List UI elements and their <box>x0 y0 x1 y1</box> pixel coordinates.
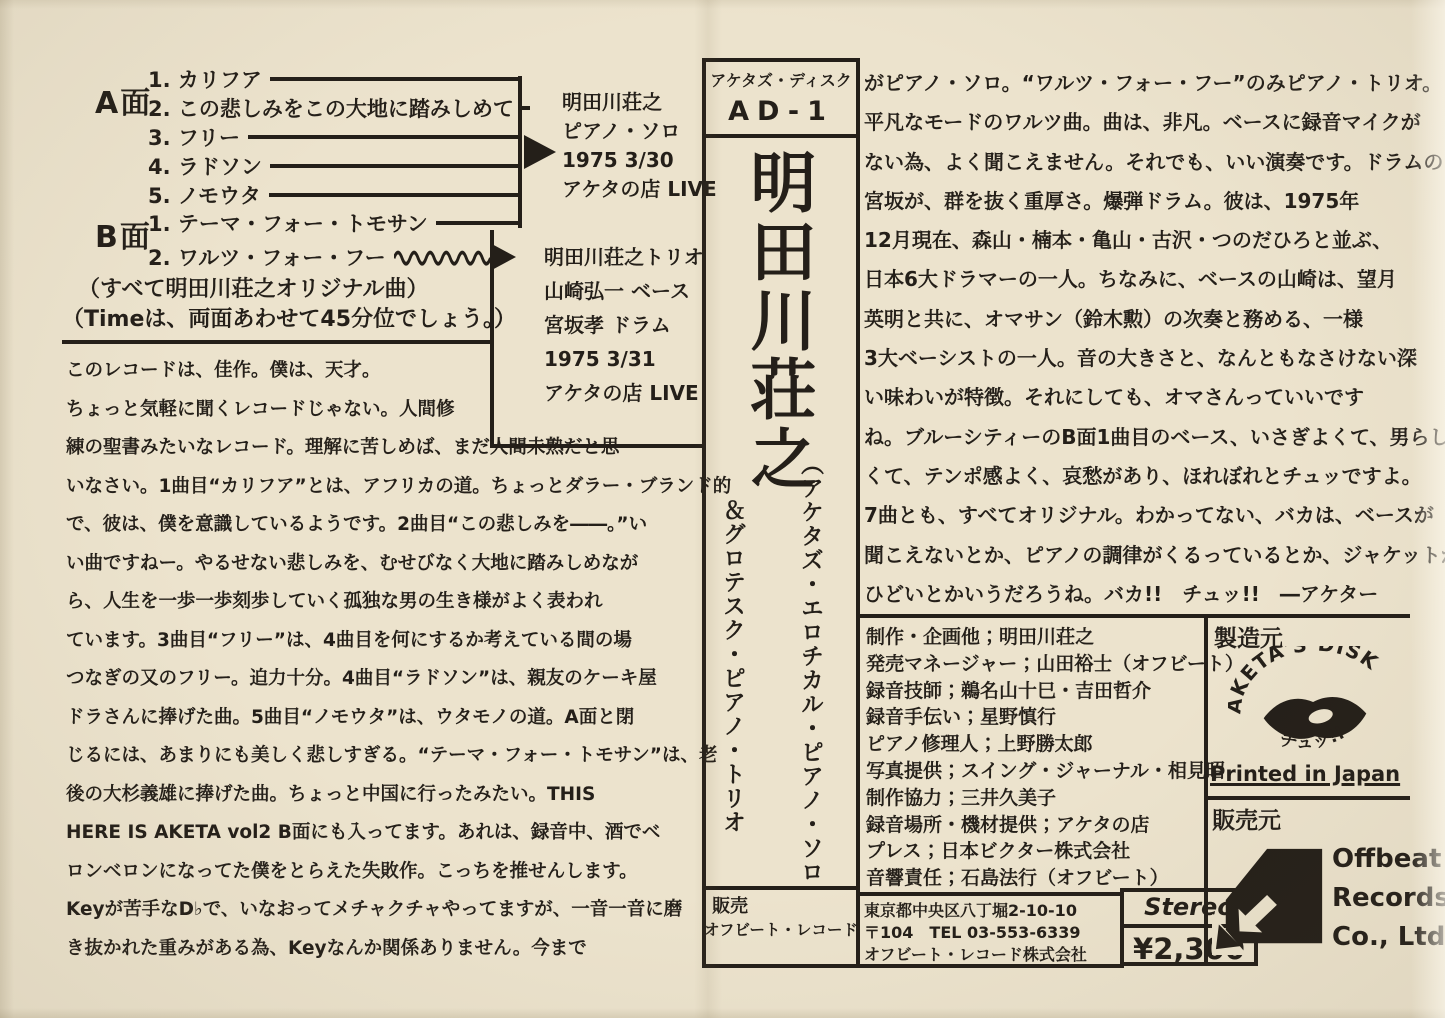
address-top-line <box>856 892 1124 896</box>
side-b-track-2-row: 2. ワルツ・フォー・フー <box>148 242 516 271</box>
address-line: 〒104 TEL 03-553-6339 <box>864 922 1087 944</box>
credit-line: 録音手伝い；星野慎行 <box>866 704 1244 731</box>
address-line: オフビート・レコード株式会社 <box>864 944 1087 966</box>
side-a-track-list: 1. カリフア 2. この悲しみをこの大地に踏みしめて 3. フリー 4. ラド… <box>148 64 522 209</box>
track-title: 3. フリー <box>148 122 248 152</box>
side-b-track-1-row: 1. テーマ・フォー・トモサン <box>148 208 522 237</box>
review-line: HERE IS AKETA vol2 B面にも入ってます。あれは、録音中、酒でベ <box>66 814 731 853</box>
credit-line: 録音技師；鵜名山十巳・吉田哲介 <box>866 678 1244 705</box>
catalog-number: AD-1 <box>706 96 856 127</box>
review-line: 聞こえないとか、ピアノの調律がくるっているとか、ジャケットが <box>864 536 1445 575</box>
track-connector-line <box>270 164 522 168</box>
credit-line: 録音場所・機材提供；アケタの店 <box>866 812 1244 839</box>
time-note: （Timeは、両面あわせて45分位でしょう。） <box>62 302 516 333</box>
album-subtitle-trio: ＆グロテスク・ピアノ・トリオ <box>716 498 749 834</box>
track-title: 5. ノモウタ <box>148 180 269 210</box>
sales-box-top-line <box>702 886 860 890</box>
review-line: Keyが苦手なD♭で、いなおってメチャクチャやってますが、一音一音に磨 <box>66 891 731 930</box>
track-title: 4. ラドソン <box>148 151 270 181</box>
track-row: 1. カリフア <box>148 64 522 93</box>
distributor-name-line: Records <box>1332 879 1445 918</box>
review-line: で、彼は、僕を意識しているようです。2曲目“この悲しみを――。”い <box>66 506 731 545</box>
side-a-label: A面 <box>95 78 152 122</box>
credits-top-line <box>856 614 1410 618</box>
distributor-name-line: Offbeat <box>1332 840 1445 879</box>
review-line: いなさい。1曲目“カリフア”とは、アフリカの道。ちょっとダラー・ブランド的 <box>66 468 731 507</box>
track-row: 2. この悲しみをこの大地に踏みしめて <box>148 93 522 122</box>
review-text-left: このレコードは、佳作。僕は、天才。ちょっと気軽に聞くレコードじゃない。人間修練の… <box>66 352 731 968</box>
solo-credit-line: アケタの店 LIVE <box>562 175 717 204</box>
side-b-label: B面 <box>95 212 152 256</box>
review-line: 3大ベーシストの一人。音の大きさと、なんともなさけない深 <box>864 339 1445 378</box>
review-line: 7曲とも、すべてオリジナル。わかってない、バカは、ベースが <box>864 496 1445 535</box>
review-line: 宮坂が、群を抜く重厚さ。爆弾ドラム。彼は、1975年 <box>864 182 1445 221</box>
credit-line: 写真提供；スイング・ジャーナル・相見昭 <box>866 758 1244 785</box>
catalog-box-bottom-line <box>702 134 860 138</box>
trio-credit-line: 明田川荘之トリオ <box>544 240 704 274</box>
track-connector-line <box>248 135 522 139</box>
review-line: ドラさんに捧げた曲。5曲目“ノモウタ”は、ウタモノの道。A面と閉 <box>66 699 731 738</box>
center-column-right-line <box>856 58 860 968</box>
review-line: くて、テンポ感よく、哀愁があり、ほれぼれとチュッですよ。 <box>864 457 1445 496</box>
track-title: 1. テーマ・フォー・トモサン <box>148 208 436 238</box>
track-title: 2. ワルツ・フォー・フー <box>148 242 394 272</box>
distributor-name-line: Co., Ltd. <box>1332 918 1445 957</box>
review-line: がピアノ・ソロ。“ワルツ・フォー・フー”のみピアノ・トリオ。 <box>864 64 1445 103</box>
track-row: 5. ノモウタ <box>148 180 522 209</box>
liner-notes-sheet: A面 1. カリフア 2. この悲しみをこの大地に踏みしめて 3. フリー 4.… <box>0 0 1445 1018</box>
credit-line: 制作協力；三井久美子 <box>866 785 1244 812</box>
review-line: ね。ブルーシティーのB面1曲目のベース、いさぎよくて、男らし <box>864 418 1445 457</box>
credit-line: ピアノ修理人；上野勝太郎 <box>866 731 1244 758</box>
track-row: 3. フリー <box>148 122 522 151</box>
review-line: 英明と共に、オマサン（鈴木勲）の次奏と務める、一様 <box>864 300 1445 339</box>
sales-box-bottom-line <box>702 964 860 968</box>
review-line: つなぎの又のフリー。迫力十分。4曲目“ラドソン”は、親友のケーキ屋 <box>66 660 731 699</box>
track-connector-line <box>270 77 522 81</box>
solo-arrow-icon <box>524 135 556 169</box>
distributor-name: OffbeatRecordsCo., Ltd. <box>1332 840 1445 957</box>
distributor-label: 販売元 <box>1212 802 1281 835</box>
review-line: き抜かれた重みがある為、Keyなんか関係ありません。今まで <box>66 930 731 969</box>
review-line: このレコードは、佳作。僕は、天才。 <box>66 352 731 391</box>
catalog-series: アケタズ・ディスク <box>706 68 856 91</box>
review-line: じるには、あまりにも美しく悲しすぎる。“テーマ・フォー・トモサン”は、老 <box>66 737 731 776</box>
review-line: 平凡なモードのワルツ曲。曲は、非凡。ベースに録音マイクが <box>864 103 1445 142</box>
review-line: ら、人生を一歩一歩刻歩していく孤独な男の生き様がよく表われ <box>66 583 731 622</box>
track-row: 4. ラドソン <box>148 151 522 180</box>
solo-credit-line: 1975 3/30 <box>562 146 717 175</box>
sales-company: オフビート・レコード <box>704 918 856 940</box>
track-connector-line <box>436 221 522 225</box>
manufacturer-divider-line <box>1204 796 1410 800</box>
review-line: ちょっと気軽に聞くレコードじゃない。人間修 <box>66 391 731 430</box>
printed-in-japan: Printed in Japan <box>1210 762 1400 786</box>
review-line: ています。3曲目“フリー”は、4曲目を何にするか考えている間の場 <box>66 622 731 661</box>
review-line: 後の大杉義雄に捧げた曲。ちょっと中国に行ったみたい。THIS <box>66 776 731 815</box>
aketas-disk-lips-logo: AKETA'S DISK チュッ!! <box>1228 646 1402 760</box>
original-note: （すべて明田川荘之オリジナル曲） <box>78 272 428 303</box>
solo-credit: 明田川荘之ピアノ・ソロ1975 3/30アケタの店 LIVE <box>562 88 717 204</box>
wavy-arrow-line <box>394 248 490 266</box>
review-box-top-line <box>62 340 490 344</box>
review-line: ない為、よく聞こえません。それでも、いい演奏です。ドラムの <box>864 143 1445 182</box>
review-text-right: がピアノ・ソロ。“ワルツ・フォー・フー”のみピアノ・トリオ。平凡なモードのワルツ… <box>864 64 1445 614</box>
review-line: い曲ですねー。やるせない悲しみを、むせびなく大地に踏みしめなが <box>66 545 731 584</box>
track-title: 2. この悲しみをこの大地に踏みしめて <box>148 93 522 123</box>
review-line: い味わいが特徴。それにしても、オマさんっていいです <box>864 378 1445 417</box>
solo-credit-line: ピアノ・ソロ <box>562 117 717 146</box>
address-line: 東京都中央区八丁堀2-10-10 <box>864 900 1087 922</box>
credits-block: 制作・企画他；明田川荘之発売マネージャー；山田裕士（オフビート）録音技師；鵜名山… <box>866 624 1244 892</box>
address-block: 東京都中央区八丁堀2-10-10〒104 TEL 03-553-6339オフビー… <box>864 900 1087 966</box>
artist-name-title: 明田川荘之 <box>744 148 810 493</box>
review-line: 練の聖書みたいなレコード。理解に苦しめば、まだ人間未熟だと思 <box>66 429 731 468</box>
credit-line: 制作・企画他；明田川荘之 <box>866 624 1244 651</box>
catalog-box-top-line <box>702 58 860 62</box>
album-subtitle-solo: （アケタズ・エロチカル・ピアノ・ソロ <box>794 452 827 884</box>
review-line: 12月現在、森山・楠本・亀山・古沢・つのだひろと並ぶ、 <box>864 221 1445 260</box>
track-bracket-line <box>518 76 522 228</box>
track-connector-line <box>269 193 522 197</box>
credit-line: 発売マネージャー；山田裕士（オフビート） <box>866 651 1244 678</box>
offbeat-records-logo <box>1212 838 1330 956</box>
review-line: 日本6大ドラマーの一人。ちなみに、ベースの山崎は、望月 <box>864 260 1445 299</box>
review-line: ロンベロンになってた僕をとらえた失敗作。こっちを推せんします。 <box>66 853 731 892</box>
review-line: ひどいとかいうだろうね。バカ!! チュッ!! ―アケター <box>864 575 1445 614</box>
sales-label: 販売 <box>712 892 748 918</box>
trio-credit-line: 宮坂孝 ドラム <box>544 308 704 342</box>
center-column-left-line <box>702 58 706 968</box>
credit-line: プレス；日本ビクター株式会社 <box>866 838 1244 865</box>
solo-credit-line: 明田川荘之 <box>562 88 717 117</box>
track-connector-line <box>522 106 530 110</box>
track-title: 1. カリフア <box>148 64 270 94</box>
trio-credit-line: 山崎弘一 ベース <box>544 274 704 308</box>
address-bottom-line <box>856 964 1124 968</box>
